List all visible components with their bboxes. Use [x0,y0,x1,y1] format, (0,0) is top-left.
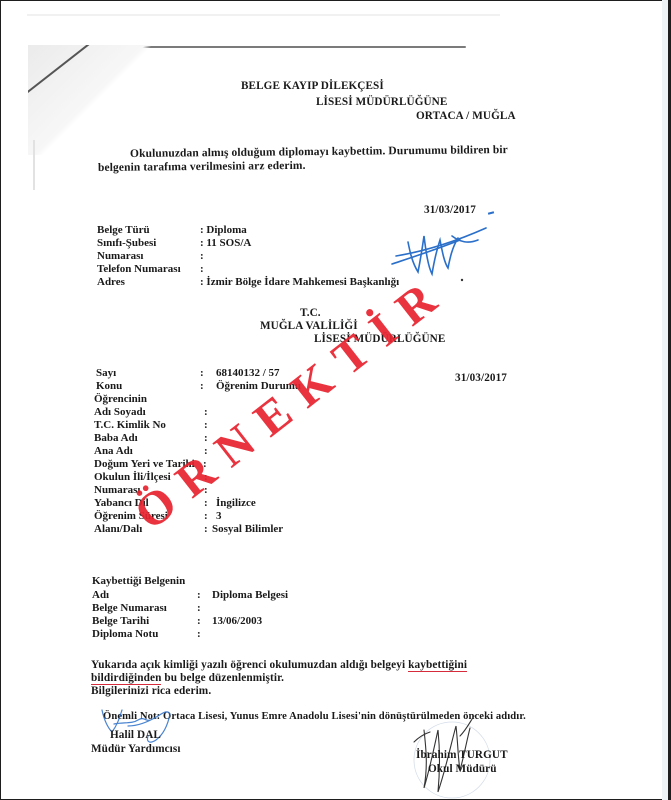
field-colon: : [204,510,208,522]
field-label: Sınıfı-Şubesi [97,237,156,249]
lost-doc-heading: Kaybettiği Belgenin [92,575,185,587]
field-colon: : [200,367,204,379]
field-label: Adı Soyadı [94,406,146,418]
closing-line-1-text: Yukarıda açık kimliği yazılı öğrenci oku… [91,659,408,671]
field-label: Ana Adı [94,445,133,457]
principal-title: Okul Müdürü [428,763,497,775]
petition-title: BELGE KAYIP DİLEKÇESİ [241,80,384,92]
field-value: : İzmir Bölge İdare Mahkemesi Başkanlığı [200,276,399,288]
field-colon: : [197,589,201,601]
field-label: Konu [96,380,122,392]
paper-left-edge [33,140,35,190]
field-value: 68140132 / 57 [216,367,280,379]
vice-principal-title: Müdür Yardımcısı [91,743,181,755]
field-label: Belge Tarihi [92,615,149,627]
field-label: Telefon Numarası [97,263,181,275]
field-label: Belge Numarası [92,602,167,614]
field-colon: : [204,419,208,431]
field-colon: : [204,523,208,535]
closing-line-1: Yukarıda açık kimliği yazılı öğrenci oku… [91,659,467,671]
field-value: 3 [216,510,222,522]
underlined-bildirdiginden: bildirdiğinden [91,672,161,685]
field-colon: : [200,380,204,392]
field-label: Numarası [97,250,143,262]
field-label: Alanı/Dalı [94,523,142,535]
field-colon: : [204,406,208,418]
field-value: Diploma Belgesi [212,589,288,601]
underlined-kaybettigini: kaybettiğini [408,659,467,672]
applicant-signature-icon [390,222,490,282]
petition-date: 31/03/2017 [424,204,476,216]
fold-shade [28,45,178,155]
field-value: : 11 SOS/A [200,237,251,249]
field-value: Sosyal Bilimler [212,523,283,535]
field-value: : Diploma [200,224,247,236]
folded-corner [28,45,178,155]
vice-principal-name: Halil DAL [110,729,161,741]
field-label: Adres [97,276,125,288]
petition-addressee-2: ORTACA / MUĞLA [416,110,516,122]
petition-body-line-2: belgenin tarafıma verilmesini arz ederim… [98,160,306,174]
top-rule [27,14,500,16]
letter-date: 31/03/2017 [455,372,507,384]
field-colon: : [197,628,201,640]
field-value: 13/06/2003 [212,615,262,627]
letter-header-tc: T.C. [300,307,321,319]
field-label: Diploma Notu [92,628,158,640]
closing-line-2: bildirdiğinden bu belge düzenlenmiştir. [91,672,284,684]
field-label: Adı [92,589,109,601]
field-value: : [200,263,204,275]
field-value: : [200,250,204,262]
field-colon: : [197,615,201,627]
petition-addressee-1: LİSESİ MÜDÜRLÜĞÜNE [316,96,447,108]
field-value: İngilizce [216,497,256,509]
field-label: Belge Türü [97,224,150,236]
field-label: T.C. Kimlik No [94,419,166,431]
field-label: Baba Adı [94,432,138,444]
field-label: Sayı [96,367,116,379]
closing-line-3: Bilgilerinizi rica ederim. [91,685,211,697]
field-label: Öğrencinin [94,393,147,405]
principal-name: İbrahim TURGUT [416,749,508,761]
field-colon: : [197,602,201,614]
closing-line-2-text: bu belge düzenlenmiştir. [161,672,284,684]
